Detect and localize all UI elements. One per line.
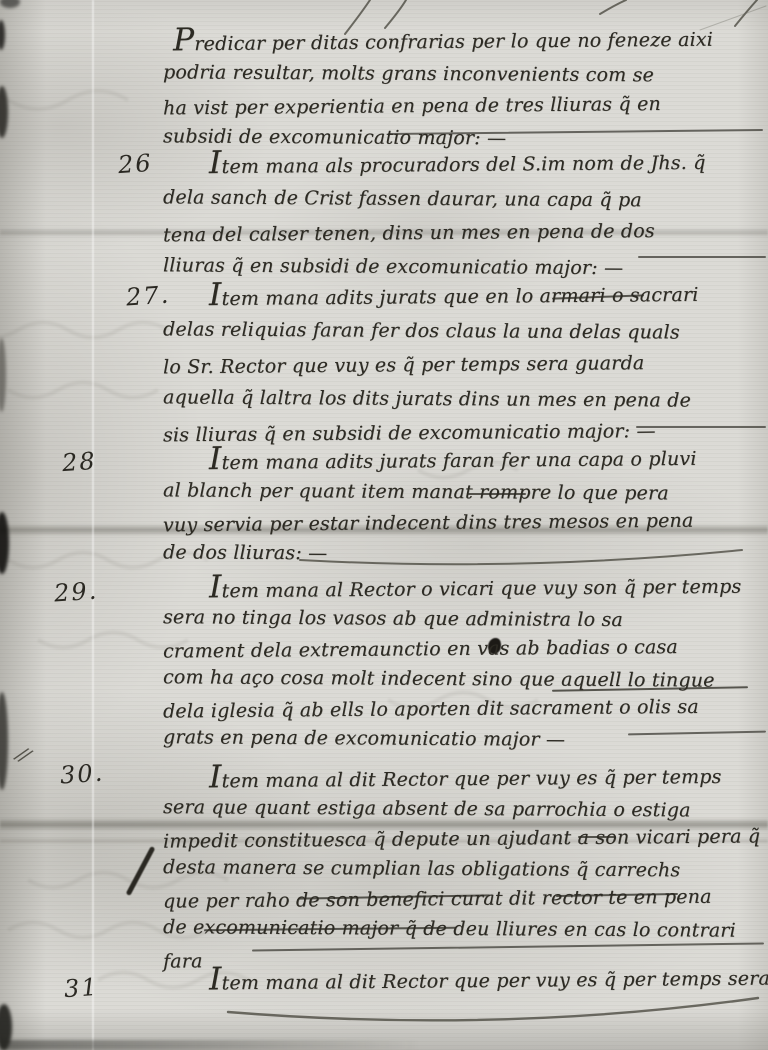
manuscript-line: sera no tinga los vasos ab que administr… xyxy=(163,602,742,636)
manuscript-line: Item mana al Rector o vicari que vuy son… xyxy=(209,572,742,607)
manuscript-line: delas reliquias faran fer dos claus la u… xyxy=(163,312,699,349)
manuscript-line: dela iglesia q̃ ab ells lo aporten dit s… xyxy=(163,691,742,726)
margin-number-31: 31 xyxy=(63,973,99,1003)
manuscript-line: aquella q̃ laltra los dits jurats dins u… xyxy=(163,380,699,417)
manuscript-line: ha vist per experientia en pena de tres … xyxy=(163,88,713,125)
manuscript-line: crament dela extremaunctio en vas ab bad… xyxy=(163,631,742,666)
manuscript-line: Item mana als procuradors del S.im nom d… xyxy=(209,146,706,184)
manuscript-line: sera que quant estiga absent de sa parro… xyxy=(163,792,760,826)
manuscript-line: grats en pena de excomunicatio major — xyxy=(163,722,742,756)
manuscript-line: podria resultar, molts grans inconvenien… xyxy=(163,56,713,91)
manuscript-line: desta manera se cumplian las obligations… xyxy=(163,852,760,886)
manuscript-line: com ha aço cosa molt indecent sino que a… xyxy=(163,662,742,696)
margin-number-28: 28 xyxy=(61,447,97,477)
manuscript-line: Predicar per ditas confrarias per lo que… xyxy=(173,24,713,61)
manuscript-line: Item mana adits jurats que en lo armari … xyxy=(209,278,699,316)
margin-number-29: 29. xyxy=(53,576,99,607)
margin-number-30: 30. xyxy=(59,758,105,789)
manuscript-line: Item mana al dit Rector que per vuy es q… xyxy=(209,762,760,797)
manuscript-line: Item mana adits jurats faran fer una cap… xyxy=(209,444,697,479)
manuscript-line: impedit constituesca q̃ depute un ajudan… xyxy=(163,821,760,856)
manuscript-line: vuy servia per estar indecent dins tres … xyxy=(163,506,697,542)
manuscript-line: que per raho de son benefici curat dit r… xyxy=(163,881,760,916)
margin-number-26: 26 xyxy=(117,149,153,179)
manuscript-line: dela sanch de Crist fassen daurar, una c… xyxy=(163,180,706,217)
manuscript-line: de dos lliuras: — xyxy=(163,537,697,571)
manuscript-line: lo Sr. Rector que vuy es q̃ per temps se… xyxy=(163,346,699,385)
manuscript-line: tena del calser tenen, dins un mes en pe… xyxy=(163,214,706,253)
manuscript-line: de excomunicatio major q̃ de deu lliures… xyxy=(163,912,760,946)
manuscript-line: al blanch per quant item manat rompre lo… xyxy=(163,475,697,509)
manuscript-page: Predicar per ditas confrarias per lo que… xyxy=(0,0,768,1050)
manuscript-line: Item mana al dit Rector que per vuy es q… xyxy=(209,968,768,995)
